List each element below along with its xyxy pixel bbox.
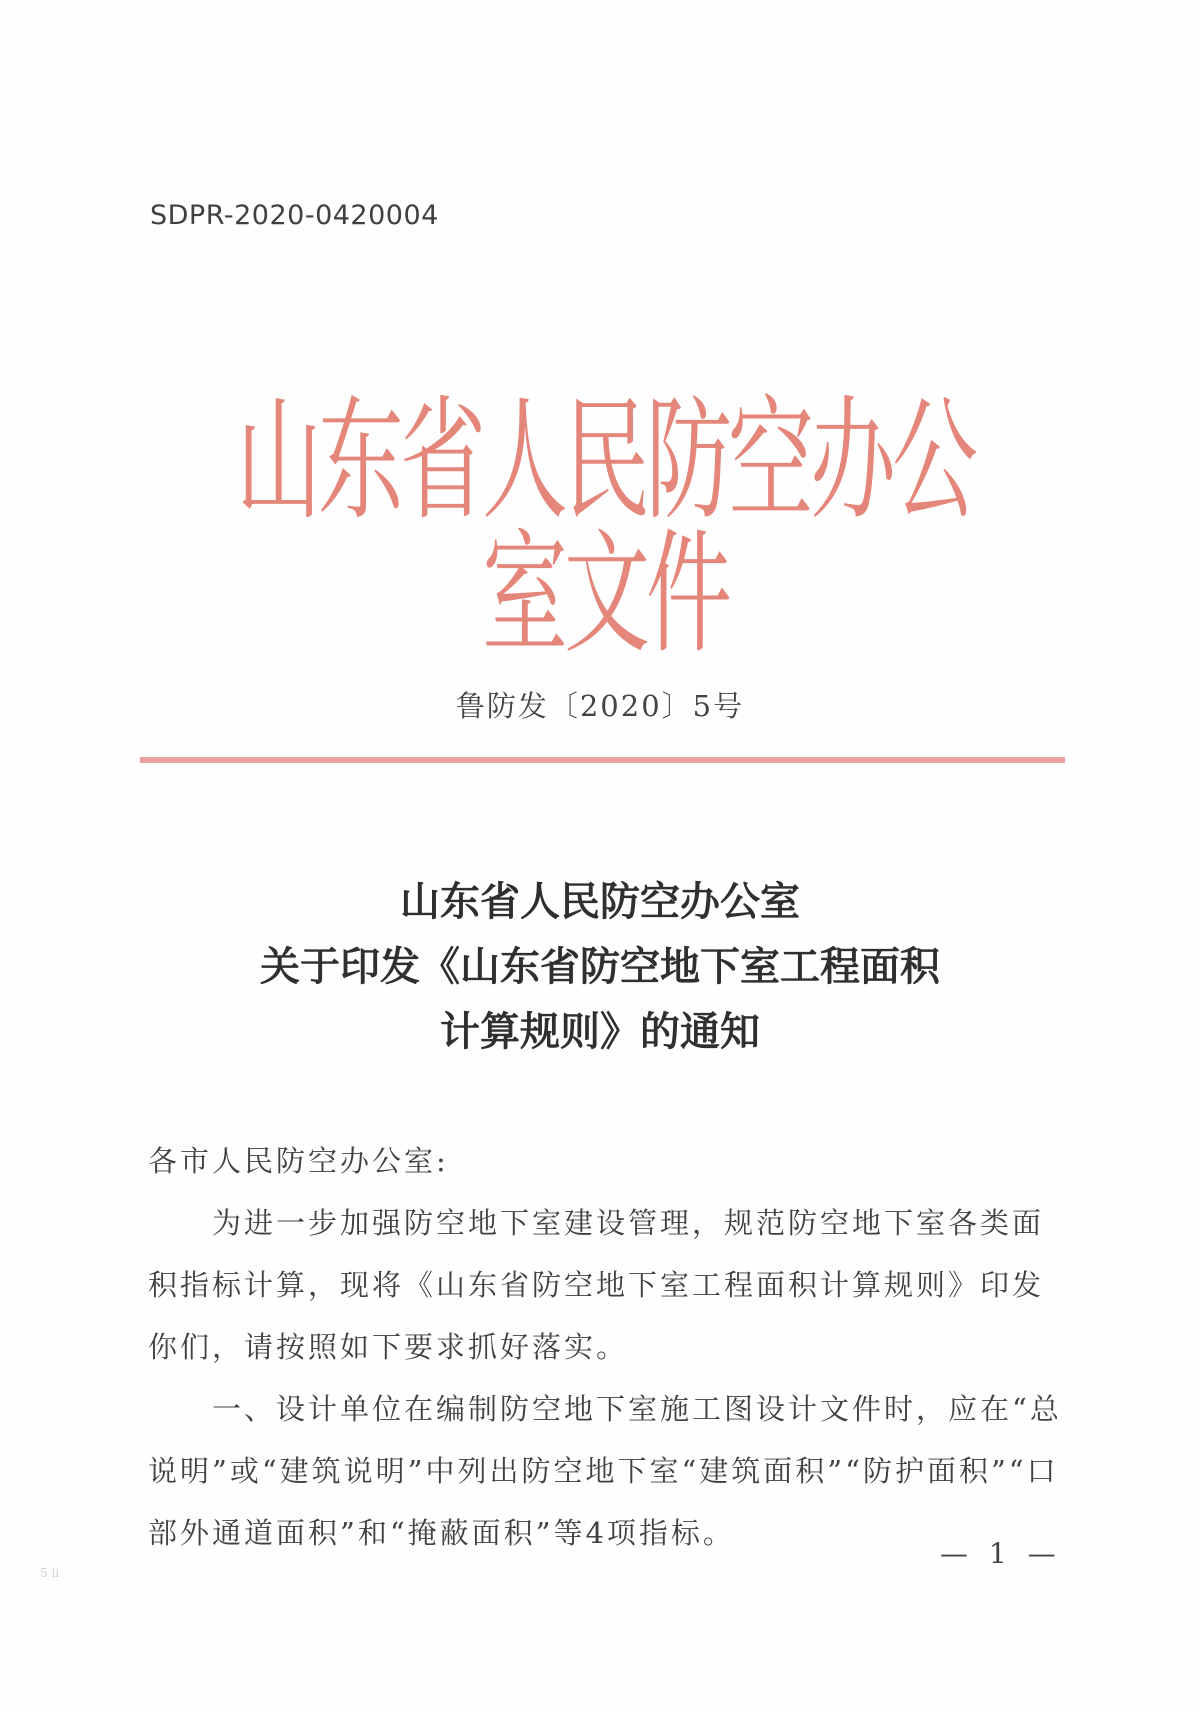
page-number: — 1 —	[940, 1537, 1062, 1570]
red-divider-line	[140, 757, 1065, 763]
notice-title: 山东省人民防空办公室 关于印发《山东省防空地下室工程面积 计算规则》的通知	[0, 870, 1200, 1065]
paragraph-1: 为进一步加强防空地下室建设管理，规范防空地下室各类面积指标计算，现将《山东省防空…	[148, 1192, 1068, 1378]
margin-mark: 5 ii	[40, 1565, 59, 1581]
title-line-2: 关于印发《山东省防空地下室工程面积	[0, 935, 1200, 1000]
paragraph-2: 一、设计单位在编制防空地下室施工图设计文件时，应在“总说明”或“建筑说明”中列出…	[148, 1378, 1068, 1564]
document-number: 鲁防发〔2020〕5号	[0, 684, 1200, 725]
title-line-3: 计算规则》的通知	[0, 1000, 1200, 1065]
title-line-1: 山东省人民防空办公室	[0, 870, 1200, 935]
red-header-title: 山东省人民防空办公室文件	[200, 395, 1010, 662]
document-page: SDPR-2020-0420004 山东省人民防空办公室文件 鲁防发〔2020〕…	[0, 0, 1200, 1712]
body-text: 各市人民防空办公室: 为进一步加强防空地下室建设管理，规范防空地下室各类面积指标…	[148, 1130, 1068, 1564]
document-id: SDPR-2020-0420004	[150, 200, 439, 231]
salutation: 各市人民防空办公室:	[148, 1130, 1068, 1192]
